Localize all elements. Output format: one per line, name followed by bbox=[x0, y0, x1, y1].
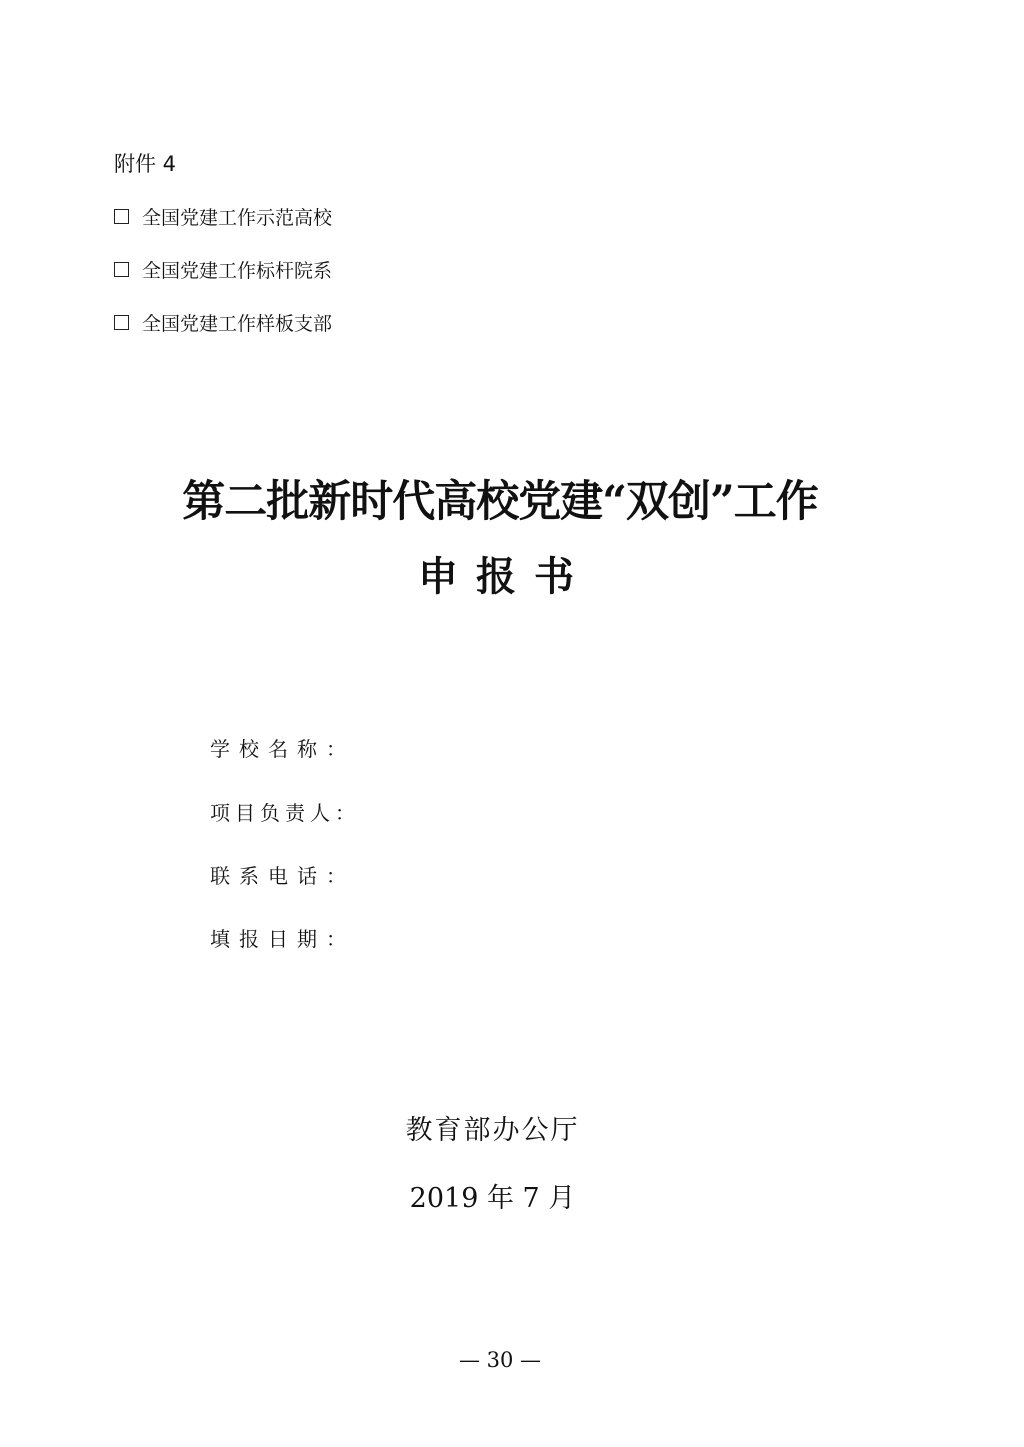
document-title: 第二批新时代高校党建“双创”工作 bbox=[0, 468, 1000, 529]
page-number: — 30 — bbox=[0, 1348, 1000, 1372]
attachment-label: 附件 4 bbox=[114, 148, 176, 178]
issuer: 教育部办公厅 bbox=[0, 1108, 985, 1147]
checkbox-label: 全国党建工作样板支部 bbox=[142, 309, 332, 336]
field-label: 联系电话： bbox=[210, 864, 355, 888]
field-label: 学校名称： bbox=[210, 737, 355, 761]
document-subtitle: 申报书 bbox=[0, 545, 1010, 602]
checkbox-option-demonstration-university[interactable]: 全国党建工作示范高校 bbox=[114, 203, 332, 230]
field-school-name: 学校名称： bbox=[210, 733, 355, 762]
checkbox-icon[interactable] bbox=[114, 262, 129, 277]
checkbox-option-model-branch[interactable]: 全国党建工作样板支部 bbox=[114, 309, 332, 336]
field-label: 填报日期： bbox=[210, 927, 355, 951]
issue-date: 2019 年 7 月 bbox=[0, 1176, 985, 1215]
checkbox-icon[interactable] bbox=[114, 315, 129, 330]
field-label: 项目负责人： bbox=[210, 801, 360, 825]
checkbox-icon[interactable] bbox=[114, 209, 129, 224]
field-contact-phone: 联系电话： bbox=[210, 860, 355, 889]
checkbox-label: 全国党建工作标杆院系 bbox=[142, 256, 332, 283]
field-project-leader: 项目负责人： bbox=[210, 797, 360, 826]
checkbox-label: 全国党建工作示范高校 bbox=[142, 203, 332, 230]
checkbox-option-benchmark-department[interactable]: 全国党建工作标杆院系 bbox=[114, 256, 332, 283]
field-fill-date: 填报日期： bbox=[210, 923, 355, 952]
